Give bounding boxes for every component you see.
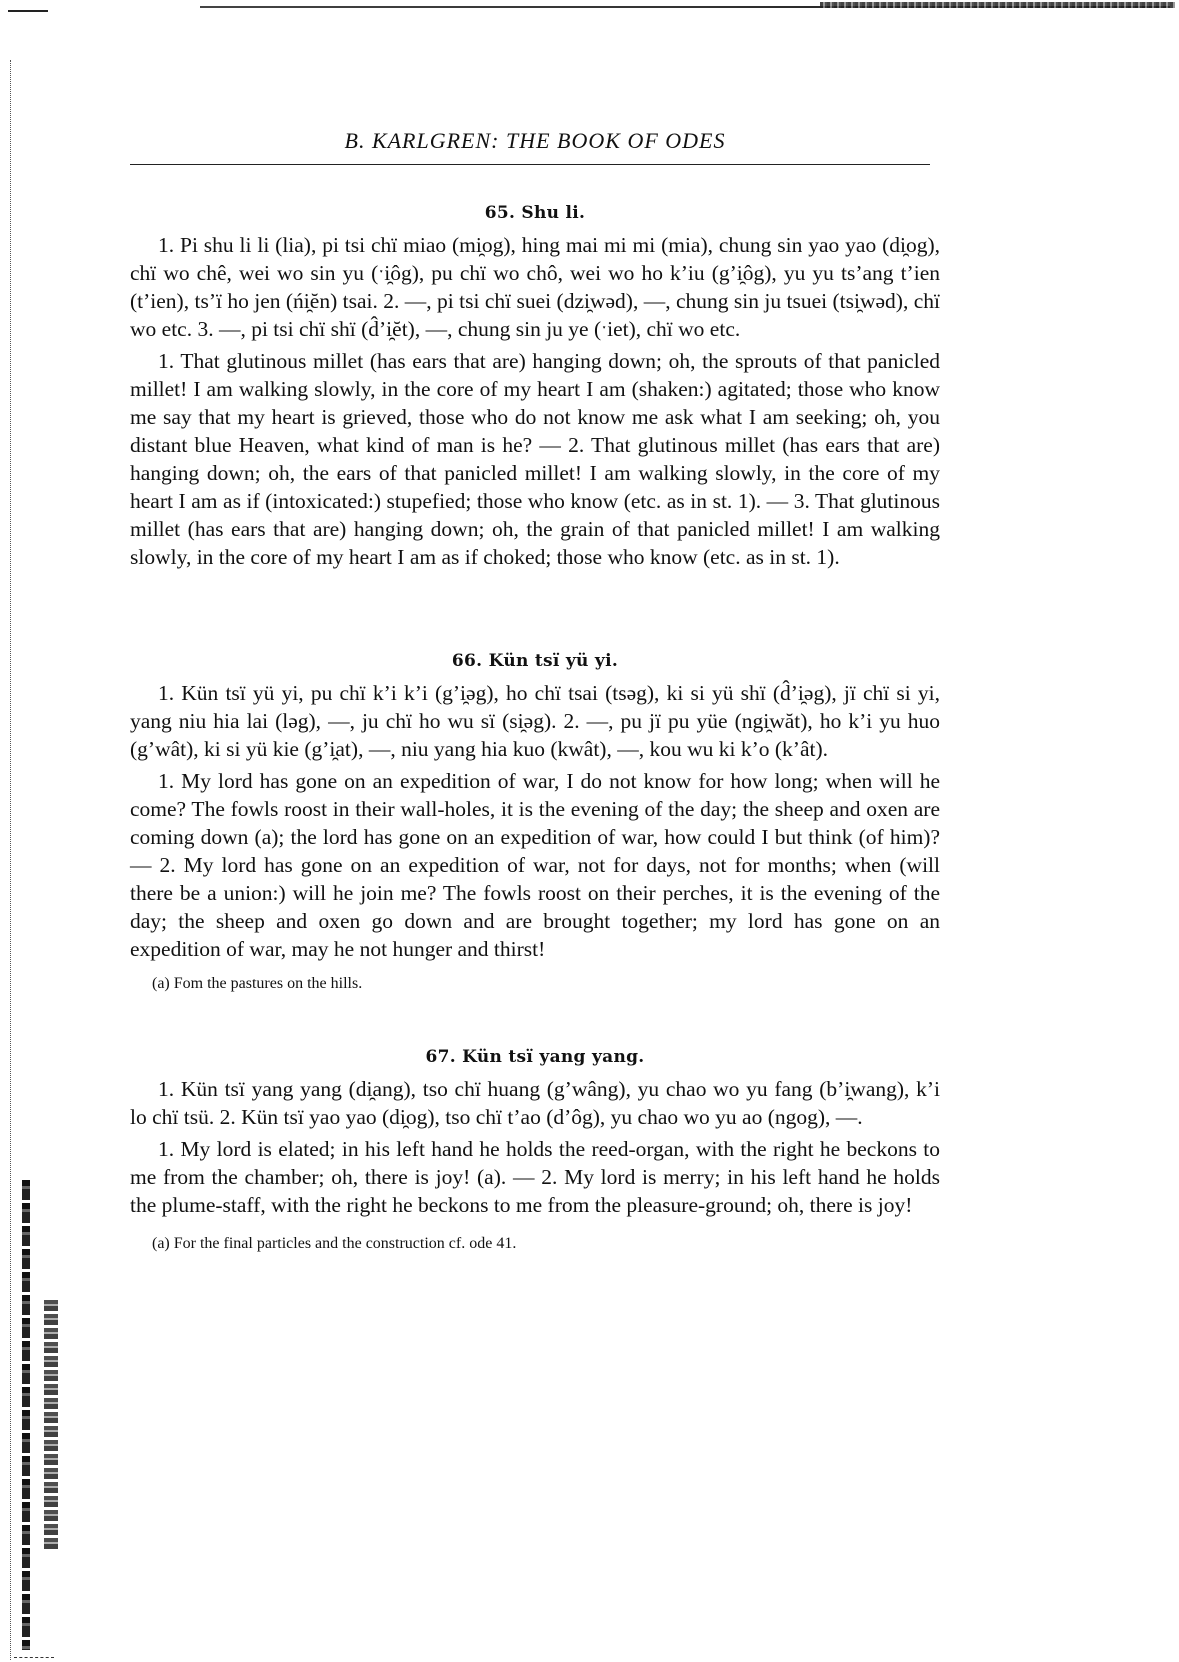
ode-66: 66. Kün tsï yü yi. 1. Kün tsï yü yi, pu …: [130, 651, 940, 995]
ode-transcription: 1. Kün tsï yang yang (di̯ang), tso chï h…: [130, 1075, 940, 1131]
scan-binding-shadow: [22, 1180, 30, 1650]
scan-edge-top: [0, 0, 1179, 12]
header-rule: [130, 164, 930, 165]
ode-transcription: 1. Pi shu li li (lia), pi tsi chï miao (…: [130, 231, 940, 343]
scan-edge-bottom: [14, 1657, 54, 1658]
scan-binding-shadow-inner: [44, 1300, 58, 1550]
ode-title: 65. Shu li.: [130, 203, 940, 223]
ode-translation: 1. My lord has gone on an expedition of …: [130, 767, 940, 963]
footnote: (a) Fom the pastures on the hills.: [130, 973, 940, 995]
running-head: B. KARLGREN: THE BOOK OF ODES: [130, 126, 940, 156]
footnote: (a) For the final particles and the cons…: [130, 1233, 940, 1255]
ode-translation: 1. That glutinous millet (has ears that …: [130, 347, 940, 571]
book-page: B. KARLGREN: THE BOOK OF ODES 65. Shu li…: [130, 120, 940, 1255]
ode-translation: 1. My lord is elated; in his left hand h…: [130, 1135, 940, 1219]
scan-edge-left: [10, 60, 14, 1660]
ode-transcription: 1. Kün tsï yü yi, pu chï k’i k’i (g’i̯əg…: [130, 679, 940, 763]
ode-title: 67. Kün tsï yang yang.: [130, 1047, 940, 1067]
ode-67: 67. Kün tsï yang yang. 1. Kün tsï yang y…: [130, 1047, 940, 1255]
ode-65: 65. Shu li. 1. Pi shu li li (lia), pi ts…: [130, 203, 940, 571]
ode-title: 66. Kün tsï yü yi.: [130, 651, 940, 671]
